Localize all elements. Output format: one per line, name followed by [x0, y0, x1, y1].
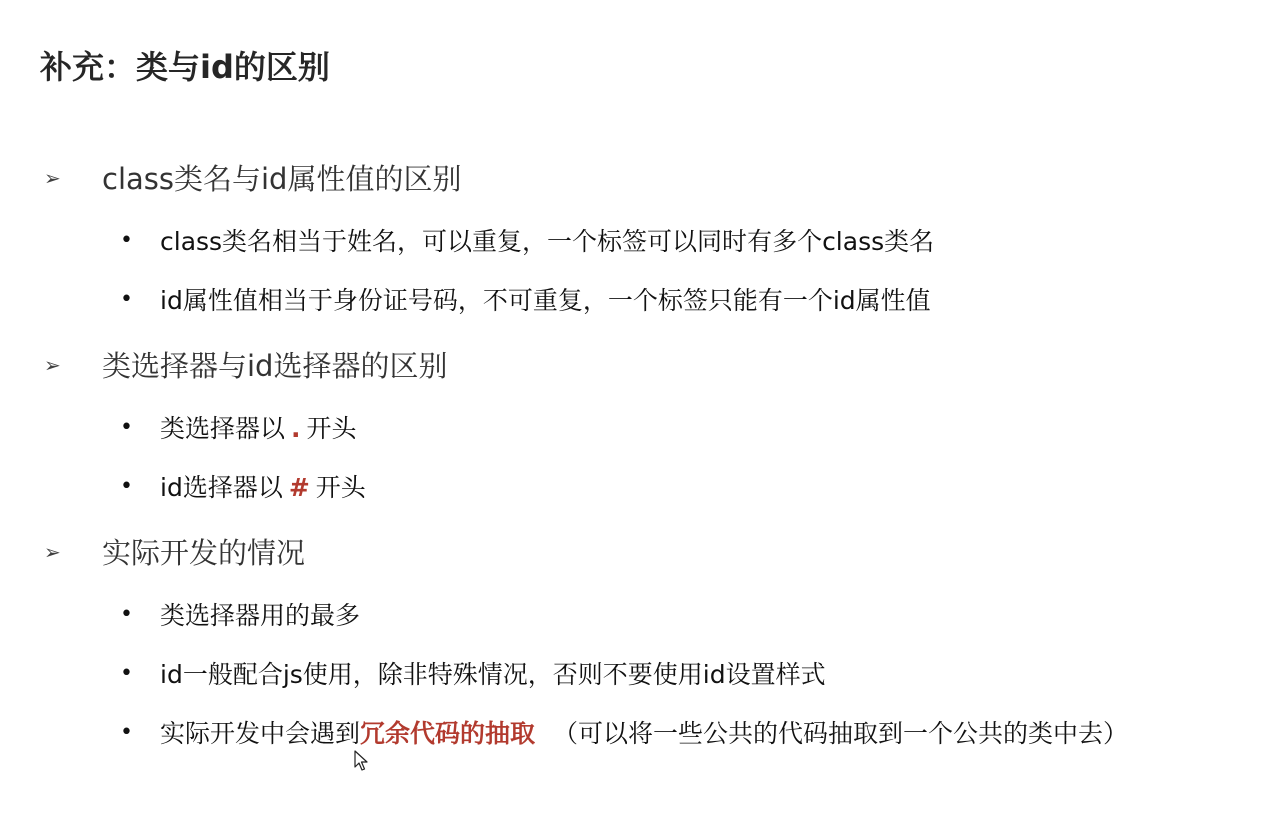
list-item-text: id一般配合js使用，除非特殊情况，否则不要使用id设置样式	[160, 655, 826, 691]
list-item-text: 类选择器以.开头	[160, 409, 357, 445]
list-item-text: class类名相当于姓名，可以重复，一个标签可以同时有多个class类名	[160, 222, 934, 258]
list-item: • id选择器以#开头	[120, 468, 366, 504]
list-item-prefix: 实际开发中会遇到	[160, 719, 360, 748]
list-item: • id属性值相当于身份证号码，不可重复，一个标签只能有一个id属性值	[120, 281, 931, 317]
dot-bullet-icon: •	[120, 415, 160, 440]
list-item: • 类选择器以.开头	[120, 409, 357, 445]
section-heading-text: 实际开发的情况	[102, 531, 305, 572]
arrow-bullet-icon: ➢	[44, 353, 102, 377]
list-item-suffix: 开头	[307, 414, 357, 443]
list-item-suffix: （可以将一些公共的代码抽取到一个公共的类中去）	[553, 719, 1128, 748]
dot-bullet-icon: •	[120, 228, 160, 253]
mouse-pointer-icon	[354, 750, 368, 772]
dot-bullet-icon: •	[120, 474, 160, 499]
list-item: • id一般配合js使用，除非特殊情况，否则不要使用id设置样式	[120, 655, 826, 691]
section-heading-text: class类名与id属性值的区别	[102, 157, 461, 198]
list-item-suffix: 开头	[316, 473, 366, 502]
list-item-prefix: 类选择器以	[160, 414, 285, 443]
list-item-text: 类选择器用的最多	[160, 596, 360, 632]
section-heading-text: 类选择器与id选择器的区别	[102, 344, 447, 385]
section-heading-selector-diff: ➢ 类选择器与id选择器的区别	[44, 344, 447, 385]
list-item-prefix: id选择器以	[160, 473, 283, 502]
class-selector-symbol: .	[291, 414, 301, 443]
highlighted-phrase: 冗余代码的抽取	[360, 719, 535, 748]
slide: 补充：类与id的区别 ➢ class类名与id属性值的区别 • class类名相…	[0, 0, 1274, 813]
section-heading-class-vs-id: ➢ class类名与id属性值的区别	[44, 157, 461, 198]
list-item-text: 实际开发中会遇到冗余代码的抽取（可以将一些公共的代码抽取到一个公共的类中去）	[160, 714, 1128, 750]
list-item-text: id属性值相当于身份证号码，不可重复，一个标签只能有一个id属性值	[160, 281, 931, 317]
dot-bullet-icon: •	[120, 661, 160, 686]
dot-bullet-icon: •	[120, 287, 160, 312]
id-selector-symbol: #	[289, 473, 310, 502]
list-item: • 类选择器用的最多	[120, 596, 360, 632]
arrow-bullet-icon: ➢	[44, 166, 102, 190]
arrow-bullet-icon: ➢	[44, 540, 102, 564]
section-heading-practice: ➢ 实际开发的情况	[44, 531, 305, 572]
dot-bullet-icon: •	[120, 720, 160, 745]
slide-title: 补充：类与id的区别	[40, 42, 330, 88]
list-item: • 实际开发中会遇到冗余代码的抽取（可以将一些公共的代码抽取到一个公共的类中去）	[120, 714, 1128, 750]
list-item: • class类名相当于姓名，可以重复，一个标签可以同时有多个class类名	[120, 222, 934, 258]
dot-bullet-icon: •	[120, 602, 160, 627]
list-item-text: id选择器以#开头	[160, 468, 366, 504]
